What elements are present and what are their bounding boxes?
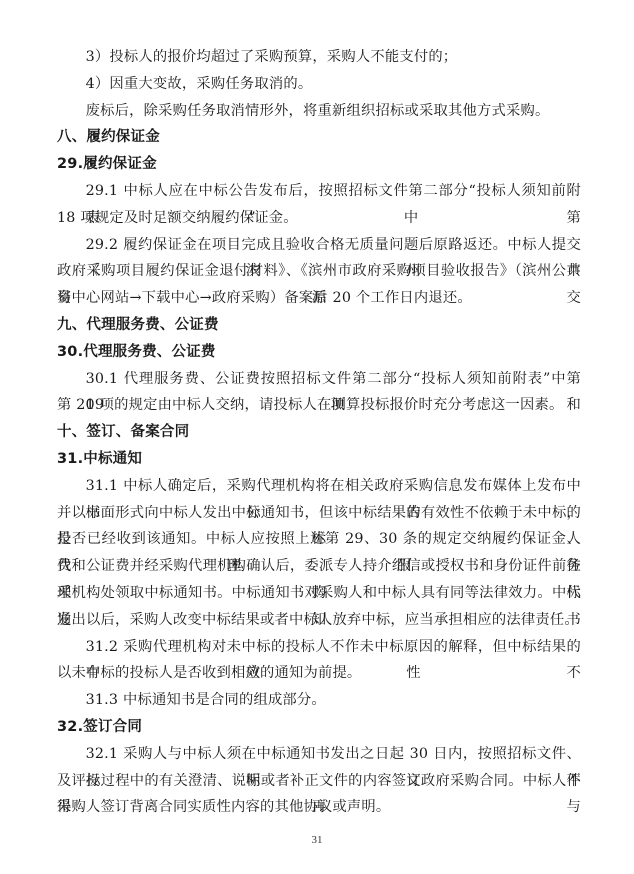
paragraph-after-list: 废标后，除采购任务取消情形外，将重新组织招标或采取其他方式采购。	[57, 98, 581, 125]
list-item-3: 3）投标人的报价均超过了采购预算，采购人不能支付的；	[57, 44, 581, 71]
clause-heading-32: 32.签订合同	[57, 714, 581, 741]
clause-31-1-line-5: 理机构处领取中标通知书。中标通知书对采购人和中标人具有同等法律效力。中标通知书	[57, 580, 581, 607]
clause-31-1-line-6: 发出以后，采购人改变中标结果或者中标人放弃中标，应当承担相应的法律责任。	[57, 607, 581, 634]
clause-31-2-line-1: 31.2 采购代理机构对未中标的投标人不作未中标原因的解释，但中标结果的有效性不	[57, 634, 581, 661]
section-heading-8: 八、履约保证金	[57, 124, 581, 151]
clause-30-1-line-1: 30.1 代理服务费、公证费按照招标文件第二部分“投标人须知前附表”中第 19 …	[57, 366, 581, 393]
clause-29-2-line-2: 政府采购项目履约保证金退付材料》、《滨州市政府采购项目验收报告》（滨州公共资源交	[57, 258, 581, 285]
clause-32-1-line-1: 32.1 采购人与中标人须在中标通知书发出之日起 30 日内，按照招标文件、投标…	[57, 741, 581, 768]
clause-29-2-line-1: 29.2 履约保证金在项目完成且验收合格无质量问题后原路返还。中标人提交《滨州市	[57, 232, 581, 259]
clause-31-1-line-4: 费和公证费并经采购代理机构确认后，委派专人持介绍信或授权书和身份证件前往采购代	[57, 553, 581, 580]
clause-30-1-line-2: 第 20 项的规定由中标人交纳，请投标人在测算投标报价时充分考虑这一因素。	[57, 392, 581, 419]
section-heading-10: 十、签订、备案合同	[57, 419, 581, 446]
list-item-4: 4）因重大变故，采购任务取消的。	[57, 71, 581, 98]
clause-heading-31: 31.中标通知	[57, 446, 581, 473]
clause-31-1-line-2: 并以书面形式向中标人发出中标通知书，但该中标结果的有效性不依赖于未中标的投标人	[57, 500, 581, 527]
clause-heading-29: 29.履约保证金	[57, 151, 581, 178]
section-heading-9: 九、代理服务费、公证费	[57, 312, 581, 339]
clause-29-1-line-1: 29.1 中标人应在中标公告发布后，按照招标文件第二部分“投标人须知前附表”中第	[57, 178, 581, 205]
document-page: 3）投标人的报价均超过了采购预算，采购人不能支付的； 4）因重大变故，采购任务取…	[57, 44, 581, 821]
clause-31-1-line-1: 31.1 中标人确定后，采购代理机构将在相关政府采购信息发布媒体上发布中标公告，	[57, 473, 581, 500]
clause-31-3: 31.3 中标通知书是合同的组成部分。	[57, 687, 581, 714]
page-number: 31	[0, 834, 634, 846]
clause-heading-30: 30.代理服务费、公证费	[57, 339, 581, 366]
clause-32-1-line-2: 及评标过程中的有关澄清、说明或者补正文件的内容签订政府采购合同。中标人不得再与	[57, 768, 581, 795]
clause-31-1-line-3: 是否已经收到该通知。中标人应按照上述第 29、30 条的规定交纳履约保证金、代理…	[57, 526, 581, 553]
